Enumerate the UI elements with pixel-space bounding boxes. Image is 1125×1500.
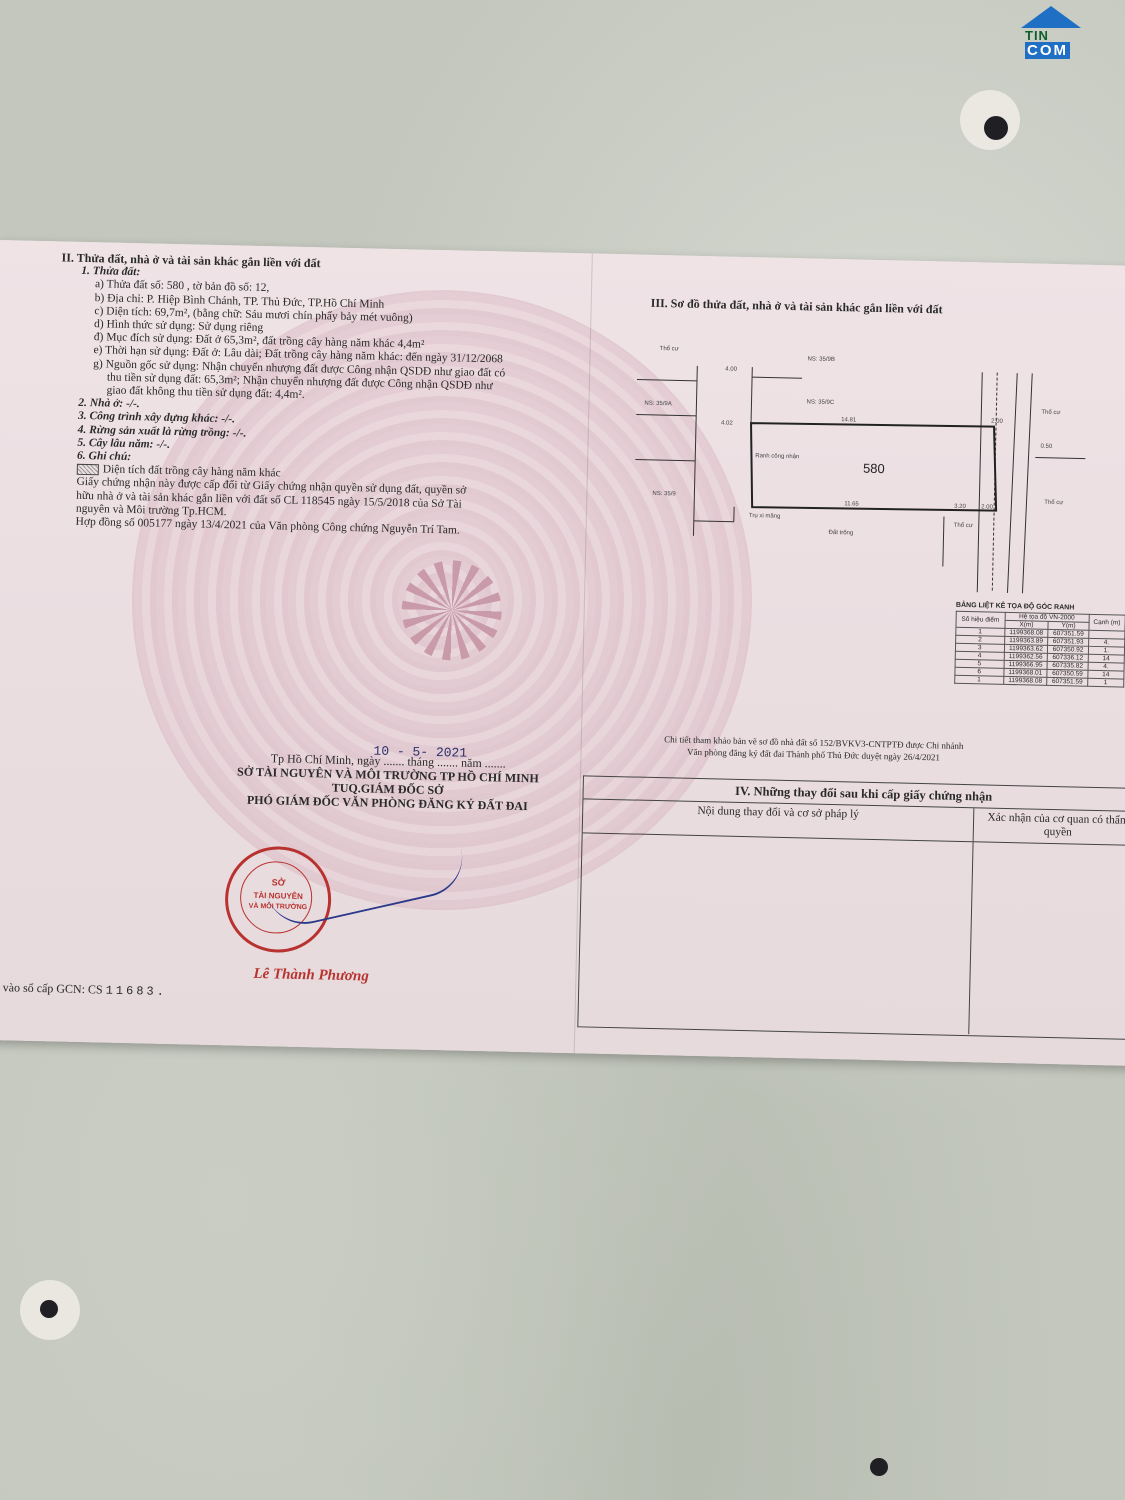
- diagram-label: NS: 35/9B: [807, 356, 834, 363]
- site-watermark-logo: TIN BĐS COM: [1021, 6, 1081, 62]
- coord-cell: 1199368.08: [1003, 676, 1047, 685]
- dimension: 11.65: [844, 501, 859, 507]
- coord-cell: 1199363.62: [1004, 644, 1048, 653]
- changes-col-header: Xác nhận của cơ quan có thẩm quyền: [974, 808, 1125, 846]
- fabric-dot: [870, 1458, 888, 1476]
- diagram-label: NS: 35/9A: [644, 401, 671, 408]
- diagram-label: Thổ cư: [954, 522, 973, 529]
- dimension: 3.20: [954, 504, 966, 510]
- diagram-label: Đất trống: [829, 530, 854, 537]
- section-land-info: II. Thửa đất, nhà ở và tài sản khác gắn …: [55, 251, 581, 540]
- diagram-label: Trụ xi măng: [749, 513, 781, 520]
- dimension: 4.00: [725, 366, 737, 372]
- coord-cell: 1199366.95: [1004, 660, 1048, 669]
- changes-table: IV. Những thay đổi sau khi cấp giấy chứn…: [577, 775, 1125, 1040]
- dimension: 2.00: [981, 504, 993, 510]
- coord-cell: 607351.93: [1048, 637, 1089, 646]
- issue-date-stamp: 10 - 5- 2021: [373, 745, 467, 761]
- watermark-text-com: COM: [1025, 42, 1070, 59]
- changes-content-column: Nội dung thay đổi và cơ sở pháp lý: [578, 799, 974, 1034]
- land-certificate: II. Thửa đất, nhà ở và tài sản khác gắn …: [0, 240, 1125, 1067]
- gcn-register: Số vào sổ cấp GCN: CS 11683.: [0, 980, 167, 999]
- coord-cell: 607350.59: [1047, 669, 1088, 678]
- coord-cell: 607351.59: [1047, 677, 1088, 686]
- hatched-area-legend-icon: [77, 464, 99, 475]
- coordinate-table: BẢNG LIỆT KÊ TỌA ĐỘ GÓC RANH Số hiệu điể…: [954, 602, 1125, 688]
- coord-cell: 1: [955, 675, 1004, 684]
- diagram-label: Thổ cư: [1041, 409, 1060, 416]
- coord-cell: 607350.92: [1048, 645, 1089, 654]
- dimension: 2.00: [991, 419, 1003, 425]
- diagram-label: Thổ cư: [660, 345, 679, 352]
- fabric-dot: [984, 116, 1008, 140]
- coord-cell: 1199362.56: [1004, 652, 1048, 661]
- dimension: 4.02: [721, 420, 733, 426]
- house-icon: [1021, 6, 1081, 28]
- coord-header: Số hiệu điểm: [956, 611, 1005, 628]
- diagram-label: Thổ cư: [1044, 499, 1063, 506]
- coord-cell: 607351.59: [1048, 629, 1089, 638]
- parcel-label: 580: [863, 461, 885, 476]
- fabric-dot: [40, 1300, 58, 1318]
- dimension: 14.81: [841, 417, 857, 423]
- changes-confirm-column: Xác nhận của cơ quan có thẩm quyền: [974, 808, 1125, 846]
- signer-name: Lê Thành Phương: [253, 966, 369, 986]
- gcn-number: 11683.: [106, 984, 168, 999]
- coord-cell: 1: [1087, 678, 1123, 687]
- diagram-label: NS: 35/9C: [806, 399, 834, 406]
- coord-cell: 1199368.08: [1004, 628, 1048, 637]
- signature-block: Tp Hồ Chí Minh, ngày ....... tháng .....…: [187, 749, 588, 814]
- parcel-diagram: NS: 35/9B NS: 35/9C NS: 35/9A NS: 35/9 T…: [632, 325, 1118, 596]
- section-iii-title: III. Sơ đồ thửa đất, nhà ở và tài sản kh…: [651, 297, 1051, 319]
- dimension: 0.50: [1041, 444, 1053, 450]
- coord-header: Cạnh (m): [1089, 614, 1125, 631]
- diagram-label: Ranh công nhận: [755, 453, 799, 460]
- coord-cell: 1199363.89: [1004, 636, 1048, 645]
- coord-cell: 607336.12: [1048, 653, 1089, 662]
- gcn-label: Số vào sổ cấp GCN: CS: [0, 980, 103, 997]
- diagram-label: NS: 35/9: [652, 491, 676, 498]
- coord-cell: 1199368.01: [1003, 668, 1047, 677]
- coord-cell: 607335.82: [1047, 661, 1088, 670]
